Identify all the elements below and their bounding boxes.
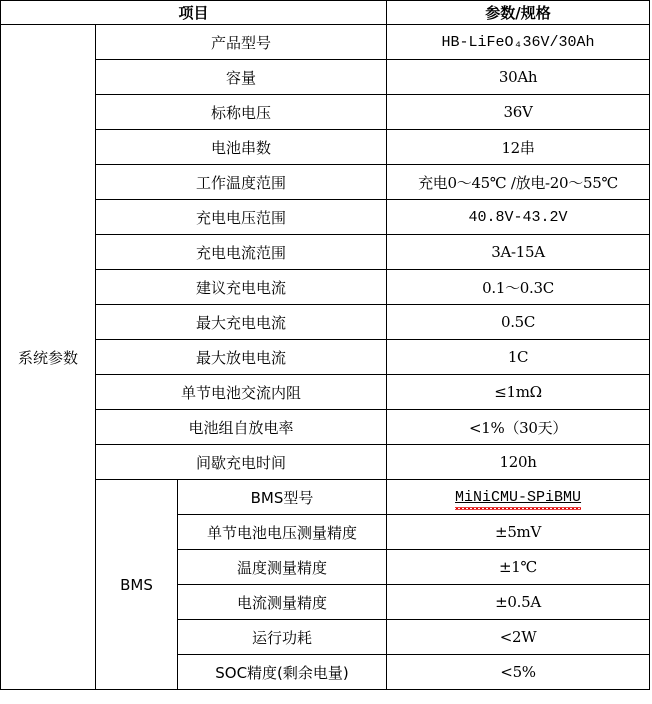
row-value: 30Ah	[387, 60, 650, 95]
row-value: 1C	[387, 340, 650, 375]
table-row: 电池组自放电率 <1%（30天）	[1, 410, 650, 445]
row-item: 容量	[96, 60, 387, 95]
row-value: ±5mV	[387, 515, 650, 550]
row-value: 充电0～45℃ /放电-20～55℃	[387, 165, 650, 200]
row-value: ≤1mΩ	[387, 375, 650, 410]
header-spec: 参数/规格	[387, 1, 650, 25]
row-item: 产品型号	[96, 25, 387, 60]
row-value: 3A-15A	[387, 235, 650, 270]
table-row: 单节电池交流内阻 ≤1mΩ	[1, 375, 650, 410]
table-row: 系统参数 产品型号 HB-LiFeO₄36V/30Ah	[1, 25, 650, 60]
table-row: 容量 30Ah	[1, 60, 650, 95]
row-item: SOC精度(剩余电量)	[178, 655, 387, 690]
row-value: 40.8V-43.2V	[387, 200, 650, 235]
bms-model-value: MiNiCMU-SPiBMU	[455, 489, 581, 506]
row-item: 单节电池电压测量精度	[178, 515, 387, 550]
row-value: HB-LiFeO₄36V/30Ah	[387, 25, 650, 60]
row-item: 充电电流范围	[96, 235, 387, 270]
row-value: 120h	[387, 445, 650, 480]
table-row: 充电电压范围 40.8V-43.2V	[1, 200, 650, 235]
row-item: 工作温度范围	[96, 165, 387, 200]
row-value: 36V	[387, 95, 650, 130]
table-row: 最大充电电流 0.5C	[1, 305, 650, 340]
header-item: 项目	[1, 1, 387, 25]
table-row: 电池串数 12串	[1, 130, 650, 165]
row-item: 间歇充电时间	[96, 445, 387, 480]
row-item: 运行功耗	[178, 620, 387, 655]
row-item: 电池组自放电率	[96, 410, 387, 445]
row-item: 温度测量精度	[178, 550, 387, 585]
row-value: 0.1～0.3C	[387, 270, 650, 305]
table-row: 最大放电电流 1C	[1, 340, 650, 375]
row-item: BMS型号	[178, 480, 387, 515]
table-row: BMS BMS型号 MiNiCMU-SPiBMU	[1, 480, 650, 515]
row-item: 充电电压范围	[96, 200, 387, 235]
table-row: 建议充电电流 0.1～0.3C	[1, 270, 650, 305]
row-item: 最大放电电流	[96, 340, 387, 375]
row-item: 单节电池交流内阻	[96, 375, 387, 410]
row-item: 建议充电电流	[96, 270, 387, 305]
row-item: 电池串数	[96, 130, 387, 165]
spec-table: 项目 参数/规格 系统参数 产品型号 HB-LiFeO₄36V/30Ah 容量 …	[0, 0, 650, 690]
row-value: <5%	[387, 655, 650, 690]
table-row: 间歇充电时间 120h	[1, 445, 650, 480]
row-item: 电流测量精度	[178, 585, 387, 620]
row-value: 0.5C	[387, 305, 650, 340]
row-value: 12串	[387, 130, 650, 165]
table-row: 工作温度范围 充电0～45℃ /放电-20～55℃	[1, 165, 650, 200]
header-row: 项目 参数/规格	[1, 1, 650, 25]
row-value: <1%（30天）	[387, 410, 650, 445]
row-value: ±1℃	[387, 550, 650, 585]
row-value: ±0.5A	[387, 585, 650, 620]
table-row: 充电电流范围 3A-15A	[1, 235, 650, 270]
row-item: 最大充电电流	[96, 305, 387, 340]
group-system-label: 系统参数	[1, 25, 96, 690]
row-value: MiNiCMU-SPiBMU	[387, 480, 650, 515]
row-value: <2W	[387, 620, 650, 655]
row-item: 标称电压	[96, 95, 387, 130]
table-row: 标称电压 36V	[1, 95, 650, 130]
group-bms-label: BMS	[96, 480, 178, 690]
